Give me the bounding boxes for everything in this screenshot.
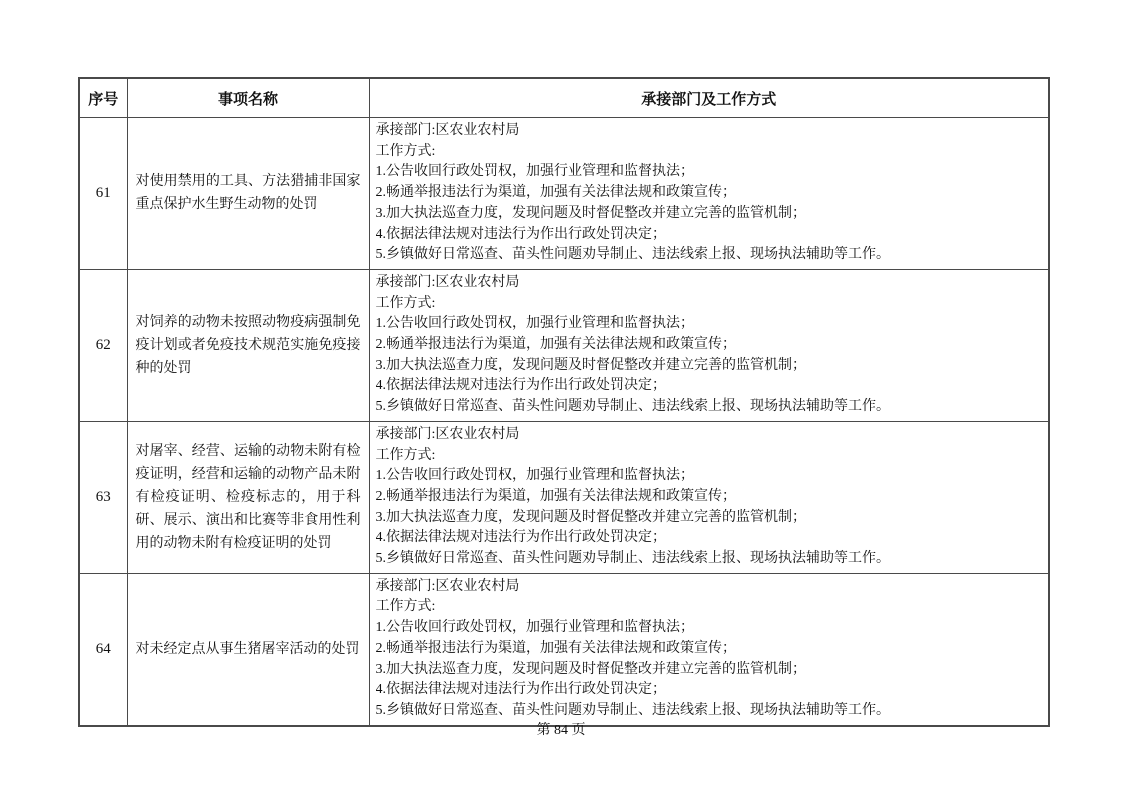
detail-line: 4.依据法律法规对违法行为作出行政处罚决定；	[376, 528, 1043, 549]
row-serial: 63	[79, 421, 127, 573]
detail-line: 1.公告收回行政处罚权，加强行业管理和监督执法；	[376, 162, 1043, 183]
detail-line: 4.依据法律法规对违法行为作出行政处罚决定；	[376, 376, 1043, 397]
row-item-name: 对未经定点从事生猪屠宰活动的处罚	[127, 573, 369, 725]
table-body: 61 对使用禁用的工具、方法猎捕非国家重点保护水生野生动物的处罚 承接部门:区农…	[79, 118, 1049, 726]
detail-line: 3.加大执法巡查力度，发现问题及时督促整改并建立完善的监管机制；	[376, 660, 1043, 681]
col-header-department-method: 承接部门及工作方式	[369, 78, 1049, 118]
page-number: 第 84 页	[0, 719, 1122, 739]
table-row: 64 对未经定点从事生猪屠宰活动的处罚 承接部门:区农业农村局工作方式:1.公告…	[79, 573, 1049, 725]
detail-line: 承接部门:区农业农村局	[376, 121, 1043, 142]
row-serial: 62	[79, 269, 127, 421]
detail-line: 2.畅通举报违法行为渠道，加强有关法律法规和政策宣传；	[376, 183, 1043, 204]
detail-line: 1.公告收回行政处罚权，加强行业管理和监督执法；	[376, 618, 1043, 639]
table-header: 序号 事项名称 承接部门及工作方式	[79, 78, 1049, 118]
row-serial: 64	[79, 573, 127, 725]
detail-line: 1.公告收回行政处罚权，加强行业管理和监督执法；	[376, 314, 1043, 335]
row-item-name: 对屠宰、经营、运输的动物未附有检疫证明，经营和运输的动物产品未附有检疫证明、检疫…	[127, 421, 369, 573]
detail-line: 承接部门:区农业农村局	[376, 425, 1043, 446]
row-detail: 承接部门:区农业农村局工作方式:1.公告收回行政处罚权，加强行业管理和监督执法；…	[369, 118, 1049, 270]
detail-line: 2.畅通举报违法行为渠道，加强有关法律法规和政策宣传；	[376, 487, 1043, 508]
col-header-item-name: 事项名称	[127, 78, 369, 118]
detail-line: 5.乡镇做好日常巡查、苗头性问题劝导制止、违法线索上报、现场执法辅助等工作。	[376, 245, 1043, 266]
document-page: 序号 事项名称 承接部门及工作方式 61 对使用禁用的工具、方法猎捕非国家重点保…	[0, 0, 1122, 793]
row-serial: 61	[79, 118, 127, 270]
detail-line: 5.乡镇做好日常巡查、苗头性问题劝导制止、违法线索上报、现场执法辅助等工作。	[376, 397, 1043, 418]
detail-line: 3.加大执法巡查力度，发现问题及时督促整改并建立完善的监管机制；	[376, 356, 1043, 377]
detail-line: 4.依据法律法规对违法行为作出行政处罚决定；	[376, 225, 1043, 246]
row-detail: 承接部门:区农业农村局工作方式:1.公告收回行政处罚权，加强行业管理和监督执法；…	[369, 269, 1049, 421]
row-detail: 承接部门:区农业农村局工作方式:1.公告收回行政处罚权，加强行业管理和监督执法；…	[369, 573, 1049, 725]
table-row: 62 对饲养的动物未按照动物疫病强制免疫计划或者免疫技术规范实施免疫接种的处罚 …	[79, 269, 1049, 421]
detail-line: 工作方式:	[376, 446, 1043, 467]
header-row: 序号 事项名称 承接部门及工作方式	[79, 78, 1049, 118]
row-item-name: 对使用禁用的工具、方法猎捕非国家重点保护水生野生动物的处罚	[127, 118, 369, 270]
detail-line: 2.畅通举报违法行为渠道，加强有关法律法规和政策宣传；	[376, 639, 1043, 660]
detail-line: 工作方式:	[376, 294, 1043, 315]
row-item-name: 对饲养的动物未按照动物疫病强制免疫计划或者免疫技术规范实施免疫接种的处罚	[127, 269, 369, 421]
col-header-serial: 序号	[79, 78, 127, 118]
row-detail: 承接部门:区农业农村局工作方式:1.公告收回行政处罚权，加强行业管理和监督执法；…	[369, 421, 1049, 573]
detail-line: 工作方式:	[376, 142, 1043, 163]
detail-line: 1.公告收回行政处罚权，加强行业管理和监督执法；	[376, 466, 1043, 487]
table-row: 63 对屠宰、经营、运输的动物未附有检疫证明，经营和运输的动物产品未附有检疫证明…	[79, 421, 1049, 573]
detail-line: 3.加大执法巡查力度，发现问题及时督促整改并建立完善的监管机制；	[376, 508, 1043, 529]
detail-line: 承接部门:区农业农村局	[376, 577, 1043, 598]
detail-line: 5.乡镇做好日常巡查、苗头性问题劝导制止、违法线索上报、现场执法辅助等工作。	[376, 549, 1043, 570]
detail-line: 4.依据法律法规对违法行为作出行政处罚决定；	[376, 680, 1043, 701]
detail-line: 工作方式:	[376, 597, 1043, 618]
detail-line: 3.加大执法巡查力度，发现问题及时督促整改并建立完善的监管机制；	[376, 204, 1043, 225]
detail-line: 2.畅通举报违法行为渠道，加强有关法律法规和政策宣传；	[376, 335, 1043, 356]
detail-line: 承接部门:区农业农村局	[376, 273, 1043, 294]
items-table: 序号 事项名称 承接部门及工作方式 61 对使用禁用的工具、方法猎捕非国家重点保…	[78, 77, 1050, 727]
table-row: 61 对使用禁用的工具、方法猎捕非国家重点保护水生野生动物的处罚 承接部门:区农…	[79, 118, 1049, 270]
